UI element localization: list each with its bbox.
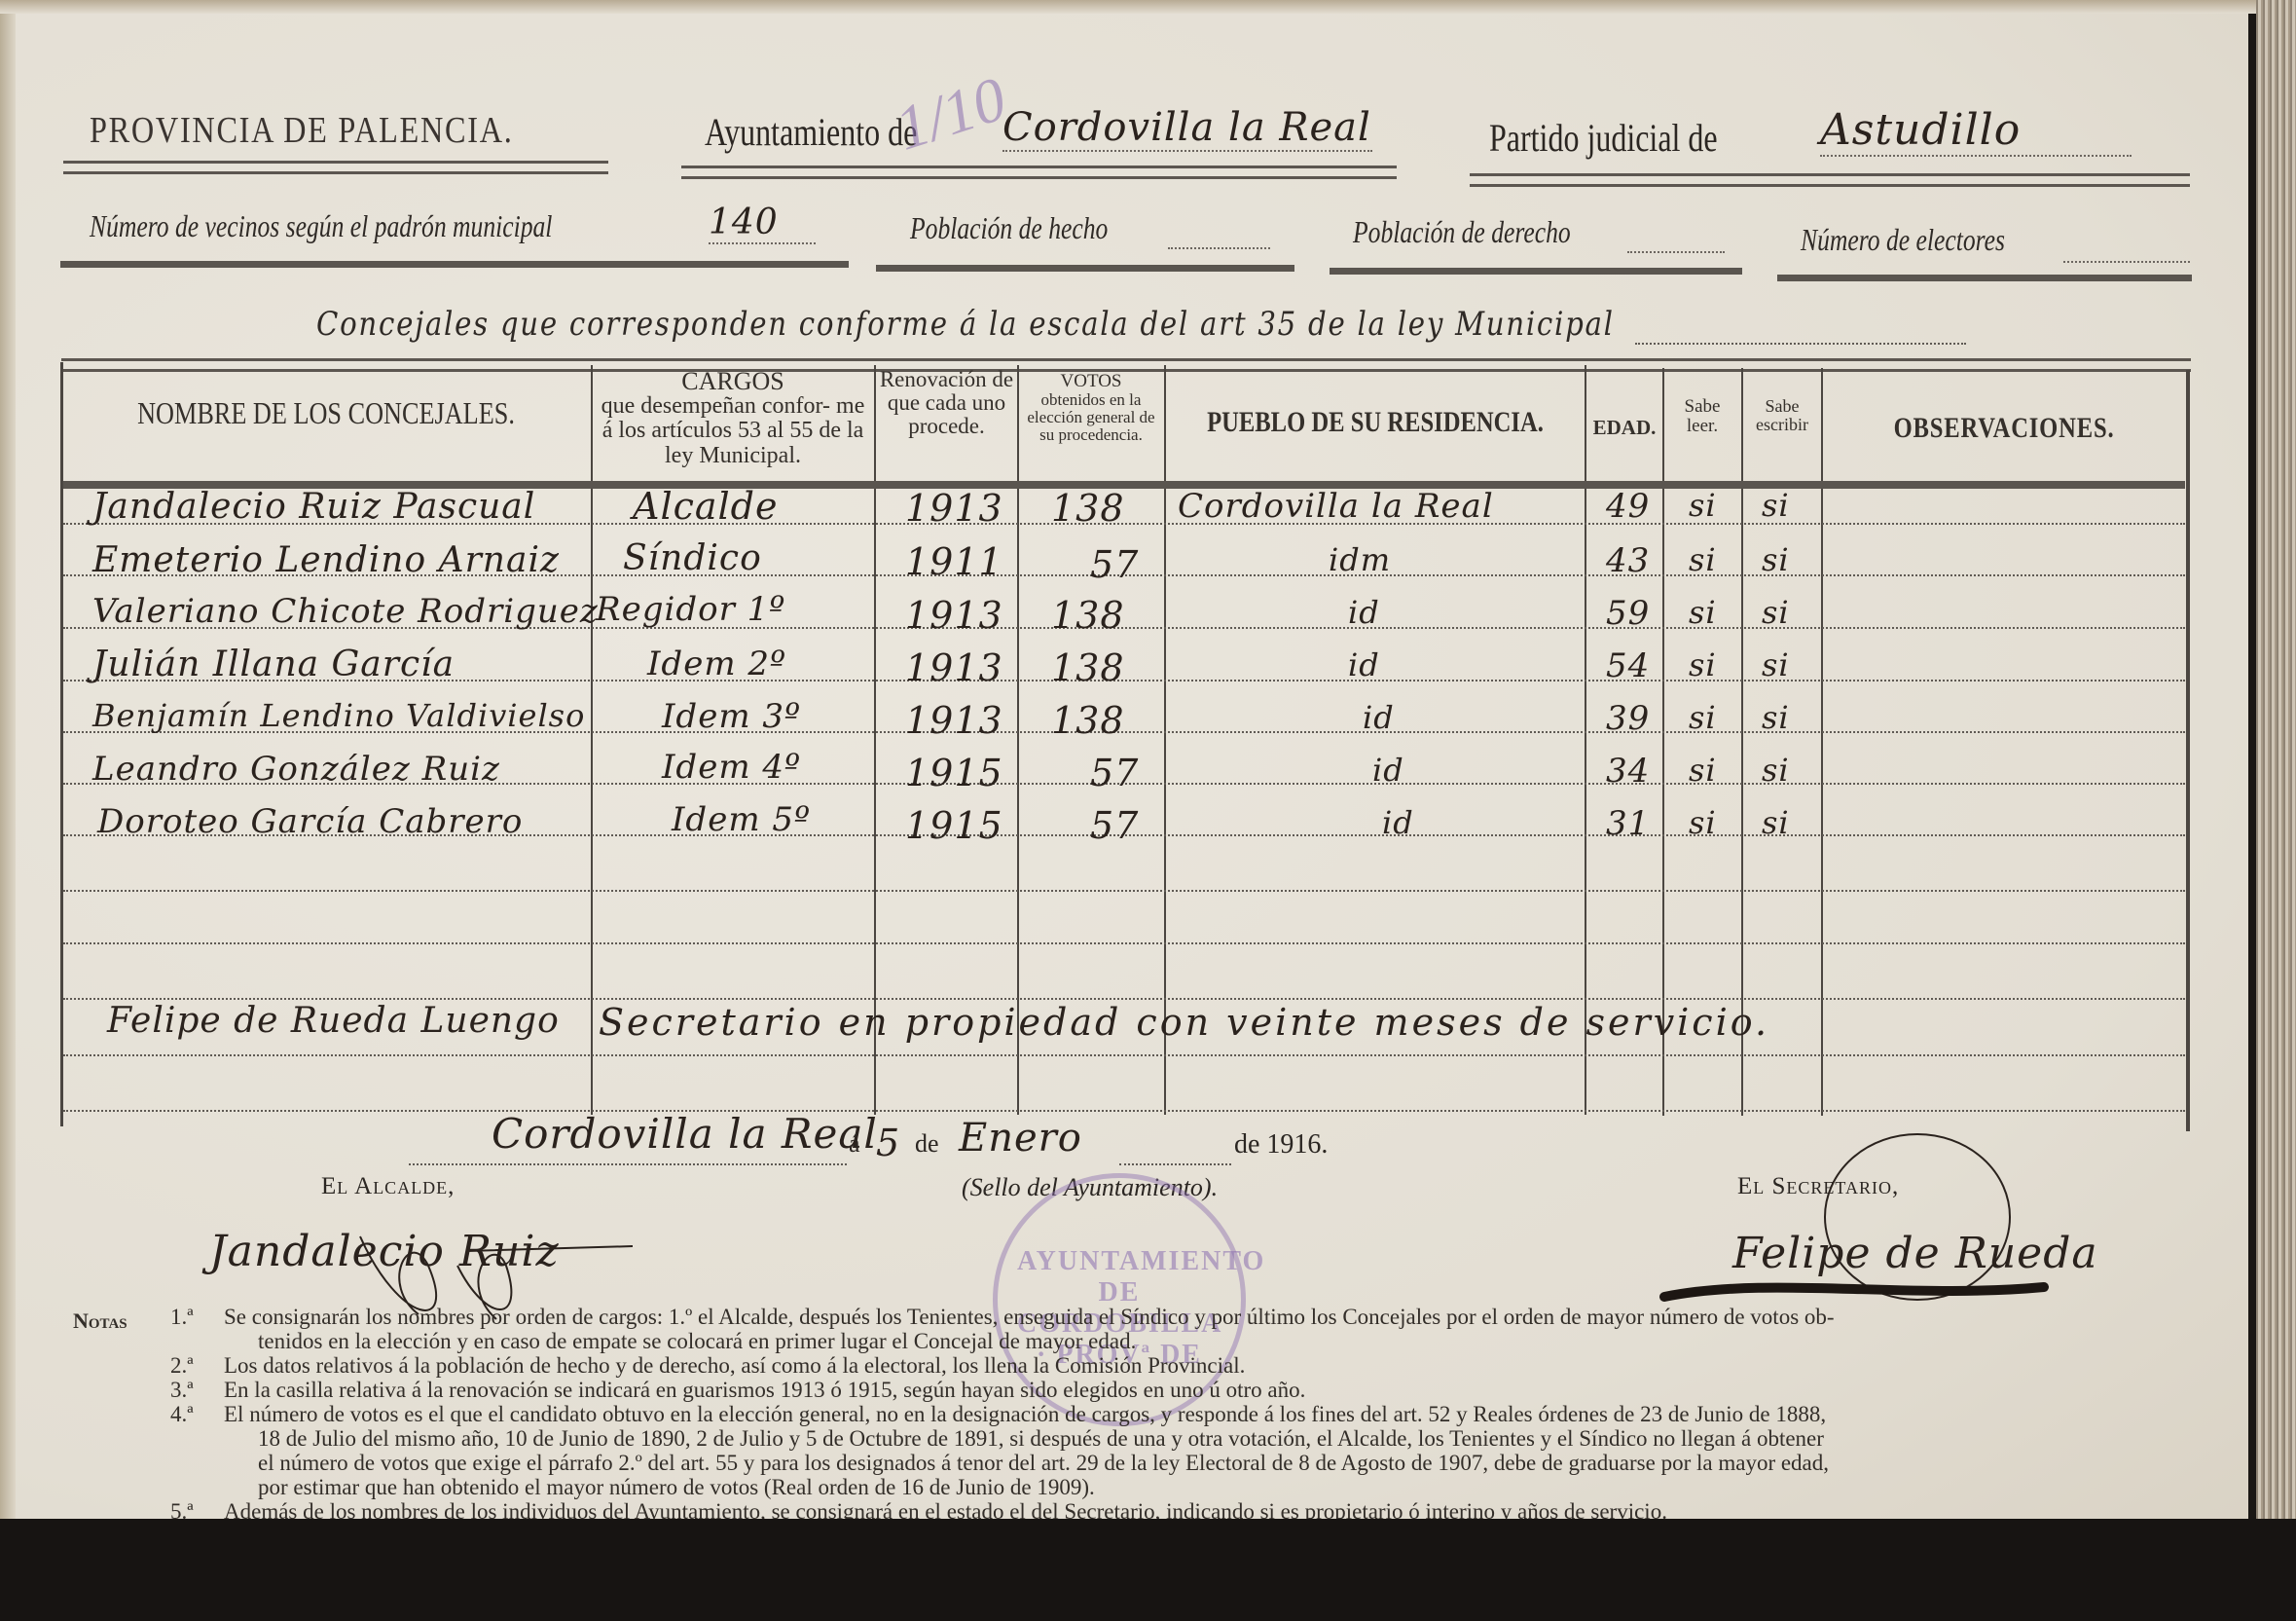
cell-edad: 43 <box>1606 541 1650 580</box>
cell-cargo: Alcalde <box>633 485 779 528</box>
row-line <box>63 890 2185 892</box>
scale-line: Concejales que corresponden conforme á l… <box>316 305 1615 344</box>
book-top-edge <box>0 0 2296 14</box>
date-month: Enero <box>959 1116 1082 1160</box>
cell-nombre: Julián Illana García <box>92 645 455 684</box>
province-title: PROVINCIA DE PALENCIA. <box>90 109 514 152</box>
ayuntamiento-value: Cordovilla la Real <box>1002 105 1372 152</box>
cell-renovacion: 1915 <box>905 804 1003 847</box>
cell-escribir: si <box>1762 804 1790 841</box>
document-page: PROVINCIA DE PALENCIA. Ayuntamiento de C… <box>0 0 2248 1558</box>
cell-votos: 138 <box>1051 699 1125 742</box>
partido-value: Astudillo <box>1820 105 2132 157</box>
cell-cargo: Regidor 1º <box>596 590 785 629</box>
cell-escribir: si <box>1762 699 1790 736</box>
col-header-renovacion: Renovación de que cada uno procede. <box>876 368 1017 438</box>
electores-value <box>2063 230 2190 263</box>
cell-edad: 31 <box>1606 804 1650 843</box>
cell-renovacion: 1913 <box>905 487 1003 530</box>
cell-votos: 138 <box>1051 594 1125 637</box>
date-de: de <box>915 1129 939 1159</box>
cell-cargo: Idem 5º <box>672 800 811 839</box>
row-line <box>63 998 2185 1000</box>
col-header-edad: EDAD. <box>1586 417 1662 438</box>
cell-edad: 59 <box>1606 594 1650 633</box>
cell-edad: 39 <box>1606 699 1650 738</box>
violet-mark: 1/10 <box>887 62 1014 166</box>
col-header-leer: Sabe leer. <box>1664 397 1740 436</box>
col-header-cargos-sub: que desempeñan confor- me á los artículo… <box>592 394 874 468</box>
col-header-votos: VOTOS obtenidos en la elección general d… <box>1019 372 1163 443</box>
cell-cargo: Idem 2º <box>647 645 786 683</box>
col-header-escribir: Sabe escribir <box>1743 397 1821 434</box>
col-header-pueblo: PUEBLO DE SU RESIDENCIA. <box>1204 407 1548 438</box>
note-line: 18 de Julio del mismo año, 10 de Junio d… <box>258 1426 1824 1451</box>
poblacion-hecho-value <box>1168 216 1270 249</box>
col-header-observaciones: OBSERVACIONES. <box>1855 413 2152 444</box>
vecinos-label: Número de vecinos según el padrón munici… <box>90 208 552 244</box>
scale-line-dots <box>1635 343 1966 345</box>
cell-votos: 57 <box>1090 804 1139 847</box>
cell-leer: si <box>1689 594 1717 631</box>
secretario-flourish-icon <box>1655 1129 2063 1334</box>
note-number: 3.ª <box>170 1378 194 1402</box>
cell-edad: 49 <box>1606 487 1650 526</box>
col-header-votos-sub: obtenidos en la elección general de su p… <box>1023 391 1159 444</box>
cell-escribir: si <box>1762 487 1790 524</box>
notes-heading: Notas <box>73 1308 128 1333</box>
note-line: Los datos relativos á la población de he… <box>224 1353 1245 1378</box>
cell-nombre: Leandro González Ruiz <box>92 750 500 789</box>
cell-renovacion: 1913 <box>905 699 1003 742</box>
cell-pueblo: id <box>1348 594 1380 631</box>
cell-renovacion: 1913 <box>905 594 1003 637</box>
table-right-border <box>2186 370 2190 1131</box>
note-line: tenidos en la elección y en caso de empa… <box>258 1329 1136 1353</box>
note-number: 2.ª <box>170 1353 194 1378</box>
cell-edad: 54 <box>1606 646 1650 685</box>
cell-nombre: Benjamín Lendino Valdivielso <box>92 697 585 734</box>
vecinos-rule <box>60 261 849 268</box>
cell-votos: 57 <box>1090 543 1139 586</box>
cell-leer: si <box>1689 487 1717 524</box>
cell-leer: si <box>1689 646 1717 683</box>
col-header-cargos-title: CARGOS <box>592 368 874 394</box>
cell-leer: si <box>1689 752 1717 789</box>
cell-pueblo: id <box>1348 646 1380 683</box>
notes-section: Notas 1.ª Se consignarán los nombres por… <box>68 1305 2209 1529</box>
page-left-edge <box>0 0 16 1558</box>
poblacion-derecho-value <box>1627 220 1725 253</box>
cell-cargo: Idem 3º <box>662 697 801 736</box>
note-line: Se consignarán los nombres por orden de … <box>224 1305 1835 1329</box>
row-line <box>63 1054 2185 1056</box>
cell-votos: 138 <box>1051 487 1125 530</box>
cell-nombre: Emeterio Lendino Arnaiz <box>92 540 560 580</box>
table-top-rule <box>61 358 2191 372</box>
date-a: á <box>849 1129 860 1159</box>
cell-leer: si <box>1689 804 1717 841</box>
poblacion-derecho-rule <box>1330 268 1742 275</box>
cell-pueblo: idm <box>1329 541 1391 578</box>
cell-escribir: si <box>1762 752 1790 789</box>
date-year: de 1916. <box>1234 1129 1328 1160</box>
cell-renovacion: 1915 <box>905 752 1003 794</box>
col-header-votos-title: VOTOS <box>1023 372 1159 391</box>
table-left-border <box>60 362 63 1126</box>
cell-renovacion: 1913 <box>905 646 1003 689</box>
cell-escribir: si <box>1762 646 1790 683</box>
vecinos-value: 140 <box>709 203 816 244</box>
cell-renovacion: 1911 <box>905 540 1003 583</box>
note-line: En la casilla relativa á la renovación s… <box>224 1378 1305 1402</box>
col-divider <box>591 365 593 1115</box>
ayuntamiento-label: Ayuntamiento de <box>705 109 917 155</box>
cell-cargo: Idem 4º <box>662 748 801 787</box>
col-header-nombre: NOMBRE DE LOS CONCEJALES. <box>115 397 538 430</box>
poblacion-hecho-label: Población de hecho <box>910 210 1108 246</box>
row-line <box>63 942 2185 944</box>
secretary-name: Felipe de Rueda Luengo <box>107 1001 560 1041</box>
date-day: 5 <box>876 1122 900 1164</box>
row-line <box>63 1110 2185 1112</box>
electores-label: Número de electores <box>1801 222 2005 258</box>
cell-leer: si <box>1689 699 1717 736</box>
cell-escribir: si <box>1762 541 1790 578</box>
scan-bottom-shadow <box>0 1519 2296 1621</box>
note-line: el número de votos que exige el párrafo … <box>258 1451 1829 1475</box>
date-dots-2 <box>1119 1163 1231 1165</box>
cell-escribir: si <box>1762 594 1790 631</box>
alcalde-label: El Alcalde, <box>321 1173 455 1200</box>
cell-pueblo: id <box>1382 804 1414 841</box>
poblacion-hecho-rule <box>876 265 1294 272</box>
partido-rule <box>1470 173 2190 187</box>
cell-leer: si <box>1689 541 1717 578</box>
date-dots <box>409 1163 847 1165</box>
partido-label: Partido judicial de <box>1489 115 1718 161</box>
col-header-cargos: CARGOS que desempeñan confor- me á los a… <box>592 368 874 468</box>
electores-rule <box>1777 275 2192 281</box>
cell-nombre: Valeriano Chicote Rodriguez <box>92 592 599 631</box>
secretary-status: Secretario en propiedad con veinte meses… <box>599 1001 1769 1044</box>
cell-votos: 57 <box>1090 752 1139 794</box>
date-place: Cordovilla la Real <box>492 1110 878 1158</box>
note-number: 4.ª <box>170 1402 194 1426</box>
cell-pueblo: Cordovilla la Real <box>1178 487 1494 526</box>
ayuntamiento-rule <box>681 166 1397 179</box>
note-line: por estimar que han obtenido el mayor nú… <box>258 1475 1095 1499</box>
note-line: El número de votos es el que el candidat… <box>224 1402 1826 1426</box>
province-rule <box>63 161 608 174</box>
poblacion-derecho-label: Población de derecho <box>1353 214 1571 250</box>
cell-nombre: Jandalecio Ruiz Pascual <box>92 487 535 527</box>
cell-cargo: Síndico <box>623 538 762 578</box>
note-number: 1.ª <box>170 1305 194 1329</box>
cell-votos: 138 <box>1051 646 1125 689</box>
cell-edad: 34 <box>1606 752 1650 791</box>
cell-nombre: Doroteo García Cabrero <box>97 802 523 841</box>
cell-pueblo: id <box>1363 699 1395 736</box>
book-page-edges <box>2256 0 2296 1621</box>
cell-pueblo: id <box>1372 752 1404 789</box>
